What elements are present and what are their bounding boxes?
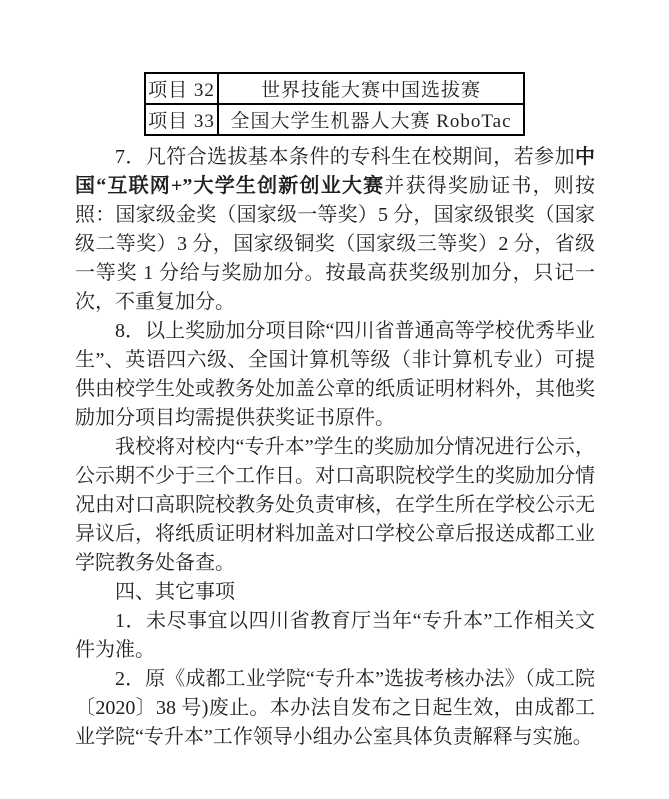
award-projects-table: 项目 32 世界技能大赛中国选拔赛 项目 33 全国大学生机器人大赛 RoboT… [144, 72, 525, 136]
table-row: 项目 32 世界技能大赛中国选拔赛 [145, 73, 524, 104]
paragraph-other-1: 1．未尽事宜以四川省教育厅当年“专升本”工作相关文件为准。 [75, 607, 595, 665]
document-body: 7．凡符合选拔基本条件的专科生在校期间，若参加中国“互联网+”大学生创新创业大赛… [75, 143, 595, 752]
section-heading-other-matters: 四、其它事项 [75, 578, 595, 607]
paragraph-other-2: 2．原《成都工业学院“专升本”选拔考核办法》（成工院〔2020〕38 号)废止。… [75, 665, 595, 752]
table-row: 项目 33 全国大学生机器人大赛 RoboTac [145, 104, 524, 135]
project-name-cell: 世界技能大赛中国选拔赛 [218, 73, 524, 104]
paragraph-7-text: 7．凡符合选拔基本条件的专科生在校期间，若参加 [115, 146, 575, 168]
paragraph-7: 7．凡符合选拔基本条件的专科生在校期间，若参加中国“互联网+”大学生创新创业大赛… [75, 143, 595, 317]
paragraph-8: 8．以上奖励加分项目除“四川省普通高等学校优秀毕业生”、英语四六级、全国计算机等… [75, 317, 595, 433]
project-id-cell: 项目 32 [145, 73, 218, 104]
paragraph-publicity: 我校将对校内“专升本”学生的奖励加分情况进行公示，公示期不少于三个工作日。对口高… [75, 433, 595, 578]
project-id-cell: 项目 33 [145, 104, 218, 135]
project-name-cell: 全国大学生机器人大赛 RoboTac [218, 104, 524, 135]
document-page: 项目 32 世界技能大赛中国选拔赛 项目 33 全国大学生机器人大赛 RoboT… [0, 0, 669, 799]
